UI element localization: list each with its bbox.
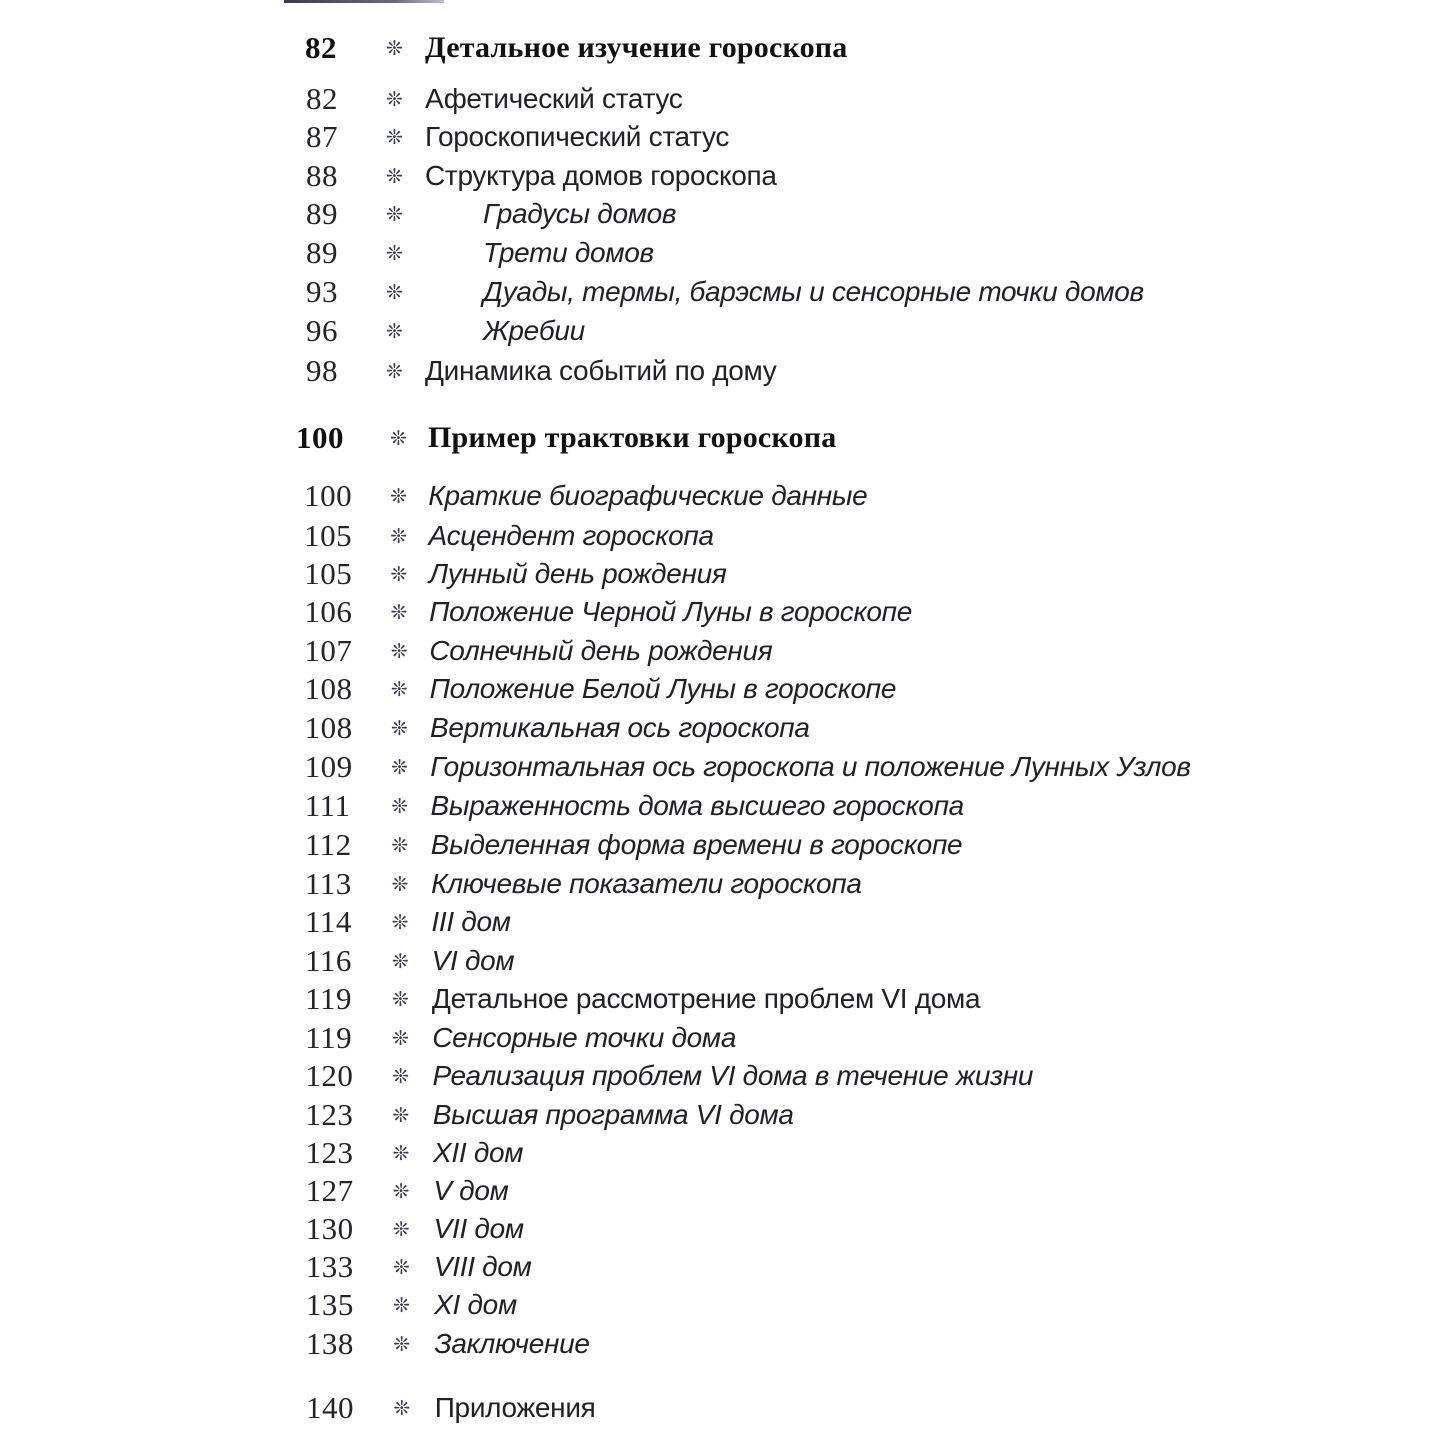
- entry-title: Выделенная форма времени в гороскопе: [431, 829, 963, 861]
- page-number: 109: [305, 749, 365, 785]
- toc-entry[interactable]: 123❊Высшая программа VI дома: [0, 1095, 1445, 1135]
- toc-entry[interactable]: 89❊Градусы домов: [0, 194, 1445, 234]
- toc-entry[interactable]: 133❊VIII дом: [0, 1247, 1445, 1287]
- entry-title: Детальное рассмотрение проблем VI дома: [432, 983, 980, 1015]
- asterisk-bullet-icon: ❊: [386, 319, 403, 343]
- page-number: 116: [305, 943, 365, 979]
- asterisk-bullet-icon: ❊: [386, 36, 403, 60]
- page-number: 140: [306, 1390, 366, 1426]
- entry-title: VII дом: [434, 1213, 524, 1245]
- entry-title: Градусы домов: [483, 198, 676, 230]
- entry-title: Высшая программа VI дома: [433, 1099, 794, 1131]
- asterisk-bullet-icon: ❊: [391, 639, 408, 663]
- entry-title: Солнечный день рождения: [429, 635, 772, 667]
- toc-section-heading[interactable]: 82❊Детальное изучение гороскопа: [0, 28, 1445, 68]
- entry-title: Выраженность дома высшего гороскопа: [431, 790, 964, 822]
- page-number: 135: [306, 1287, 366, 1323]
- page-number: 96: [306, 313, 366, 349]
- asterisk-bullet-icon: ❊: [392, 949, 409, 973]
- entry-title: V дом: [433, 1175, 508, 1207]
- asterisk-bullet-icon: ❊: [392, 910, 409, 934]
- toc-entry[interactable]: 113❊Ключевые показатели гороскопа: [0, 864, 1445, 904]
- page-number: 87: [306, 119, 366, 155]
- toc-entry[interactable]: 108❊Вертикальная ось гороскопа: [0, 708, 1445, 748]
- entry-title: VI дом: [432, 945, 515, 977]
- page-number: 130: [306, 1211, 366, 1247]
- toc-entry[interactable]: 138❊Заключение: [0, 1324, 1445, 1364]
- toc-entry[interactable]: 100❊Краткие биографические данные: [0, 476, 1445, 516]
- toc-entry[interactable]: 116❊VI дом: [0, 941, 1445, 981]
- toc-entry[interactable]: 88❊Структура домов гороскопа: [0, 156, 1445, 196]
- toc-entry[interactable]: 89❊Трети домов: [0, 233, 1445, 273]
- page-number: 82: [306, 81, 366, 117]
- toc-entry[interactable]: 114❊III дом: [0, 902, 1445, 942]
- toc-entry[interactable]: 120❊Реализация проблем VI дома в течение…: [0, 1056, 1445, 1096]
- page-number: 108: [305, 671, 365, 707]
- page-number: 138: [306, 1326, 366, 1362]
- entry-title: Положение Черной Луны в гороскопе: [429, 596, 912, 628]
- toc-entry[interactable]: 119❊Сенсорные точки дома: [0, 1018, 1445, 1058]
- entry-title: VIII дом: [434, 1251, 532, 1283]
- asterisk-bullet-icon: ❊: [393, 1396, 410, 1420]
- entry-title: Жребии: [483, 315, 585, 347]
- entry-title: Трети домов: [483, 237, 654, 269]
- asterisk-bullet-icon: ❊: [393, 1179, 410, 1203]
- page-number: 106: [304, 594, 364, 630]
- toc-entry[interactable]: 106❊Положение Черной Луны в гороскопе: [0, 592, 1445, 632]
- asterisk-bullet-icon: ❊: [393, 1255, 410, 1279]
- toc-entry[interactable]: 111❊Выраженность дома высшего гороскопа: [0, 786, 1445, 826]
- page-number: 105: [304, 518, 364, 554]
- entry-title: Гороскопический статус: [425, 121, 729, 153]
- asterisk-bullet-icon: ❊: [393, 1332, 410, 1356]
- asterisk-bullet-icon: ❊: [392, 987, 409, 1011]
- toc-entry[interactable]: 130❊VII дом: [0, 1209, 1445, 1249]
- page-number: 114: [305, 904, 365, 940]
- page-number: 112: [305, 827, 365, 863]
- page-number: 133: [306, 1249, 366, 1285]
- toc-entry[interactable]: 105❊Асцендент гороскопа: [0, 516, 1445, 556]
- toc-entry[interactable]: 119❊Детальное рассмотрение проблем VI до…: [0, 979, 1445, 1019]
- toc-entry[interactable]: 108❊Положение Белой Луны в гороскопе: [0, 669, 1445, 709]
- toc-entry[interactable]: 87❊Гороскопический статус: [0, 117, 1445, 157]
- asterisk-bullet-icon: ❊: [386, 164, 403, 188]
- toc-entry[interactable]: 98❊Динамика событий по дому: [0, 351, 1445, 391]
- entry-title: Приложения: [435, 1392, 596, 1424]
- page-number: 98: [306, 353, 366, 389]
- page-number: 123: [306, 1135, 366, 1171]
- toc-section-heading[interactable]: 100❊Пример трактовки гороскопа: [0, 418, 1445, 458]
- entry-title: Вертикальная ось гороскопа: [430, 712, 810, 744]
- entry-title: Положение Белой Луны в гороскопе: [430, 673, 897, 705]
- asterisk-bullet-icon: ❊: [392, 1026, 409, 1050]
- asterisk-bullet-icon: ❊: [393, 1217, 410, 1241]
- asterisk-bullet-icon: ❊: [391, 600, 408, 624]
- toc-entry[interactable]: 135❊XI дом: [0, 1285, 1445, 1325]
- asterisk-bullet-icon: ❊: [386, 125, 403, 149]
- page-number: 127: [306, 1173, 366, 1209]
- asterisk-bullet-icon: ❊: [386, 87, 403, 111]
- page-number: 107: [304, 633, 364, 669]
- toc-entry[interactable]: 93❊Дуады, термы, барэсмы и сенсорные точ…: [0, 272, 1445, 312]
- asterisk-bullet-icon: ❊: [391, 794, 408, 818]
- page-number: 89: [306, 235, 366, 271]
- entry-title: III дом: [431, 906, 510, 938]
- entry-title: Заключение: [434, 1328, 589, 1360]
- toc-entry[interactable]: 82❊Афетический статус: [0, 79, 1445, 119]
- page-number: 89: [306, 196, 366, 232]
- page-number: 100: [304, 478, 364, 514]
- page-number: 120: [305, 1058, 365, 1094]
- page-number: 82: [305, 30, 365, 66]
- entry-title: Сенсорные точки дома: [432, 1022, 736, 1054]
- entry-title: Пример трактовки гороскопа: [428, 421, 836, 455]
- page-number: 108: [305, 710, 365, 746]
- asterisk-bullet-icon: ❊: [393, 1141, 410, 1165]
- toc-entry[interactable]: 127❊V дом: [0, 1171, 1445, 1211]
- asterisk-bullet-icon: ❊: [386, 359, 403, 383]
- entry-title: XI дом: [434, 1289, 517, 1321]
- toc-entry[interactable]: 96❊Жребии: [0, 311, 1445, 351]
- asterisk-bullet-icon: ❊: [386, 202, 403, 226]
- asterisk-bullet-icon: ❊: [390, 524, 407, 548]
- page-number: 119: [305, 1020, 365, 1056]
- asterisk-bullet-icon: ❊: [390, 484, 407, 508]
- page-number: 88: [306, 158, 366, 194]
- entry-title: Ключевые показатели гороскопа: [431, 868, 862, 900]
- asterisk-bullet-icon: ❊: [392, 1103, 409, 1127]
- asterisk-bullet-icon: ❊: [390, 562, 407, 586]
- asterisk-bullet-icon: ❊: [390, 426, 407, 450]
- page-number: 100: [296, 420, 356, 456]
- toc-entry[interactable]: 123❊XII дом: [0, 1133, 1445, 1173]
- entry-title: Реализация проблем VI дома в течение жиз…: [432, 1060, 1033, 1092]
- entry-title: Динамика событий по дому: [425, 355, 776, 387]
- page-number: 111: [305, 788, 365, 824]
- asterisk-bullet-icon: ❊: [391, 755, 408, 779]
- entry-title: Лунный день рождения: [429, 558, 727, 590]
- asterisk-bullet-icon: ❊: [392, 872, 409, 896]
- toc-entry[interactable]: 112❊Выделенная форма времени в гороскопе: [0, 825, 1445, 865]
- asterisk-bullet-icon: ❊: [392, 1064, 409, 1088]
- entry-title: Асцендент гороскопа: [429, 520, 714, 552]
- entry-title: Горизонтальная ось гороскопа и положение…: [430, 751, 1191, 783]
- asterisk-bullet-icon: ❊: [391, 677, 408, 701]
- asterisk-bullet-icon: ❊: [386, 241, 403, 265]
- entry-title: Краткие биографические данные: [428, 480, 867, 512]
- toc-entry[interactable]: 140❊Приложения: [0, 1388, 1445, 1428]
- page-number: 105: [304, 556, 364, 592]
- asterisk-bullet-icon: ❊: [393, 1293, 410, 1317]
- entry-title: XII дом: [433, 1137, 523, 1169]
- entry-title: Детальное изучение гороскопа: [425, 31, 847, 65]
- asterisk-bullet-icon: ❊: [391, 716, 408, 740]
- asterisk-bullet-icon: ❊: [386, 280, 403, 304]
- page-number: 93: [306, 274, 366, 310]
- toc-entry[interactable]: 105❊Лунный день рождения: [0, 554, 1445, 594]
- page-number: 113: [305, 866, 365, 902]
- toc-entry[interactable]: 107❊Солнечный день рождения: [0, 631, 1445, 671]
- table-of-contents: 82❊Детальное изучение гороскопа82❊Афетич…: [0, 0, 1445, 1445]
- page-number: 119: [305, 981, 365, 1017]
- page-number: 123: [305, 1097, 365, 1133]
- entry-title: Дуады, термы, барэсмы и сенсорные точки …: [483, 276, 1144, 308]
- entry-title: Структура домов гороскопа: [425, 160, 777, 192]
- toc-entry[interactable]: 109❊Горизонтальная ось гороскопа и полож…: [0, 747, 1445, 787]
- asterisk-bullet-icon: ❊: [391, 833, 408, 857]
- entry-title: Афетический статус: [425, 83, 683, 115]
